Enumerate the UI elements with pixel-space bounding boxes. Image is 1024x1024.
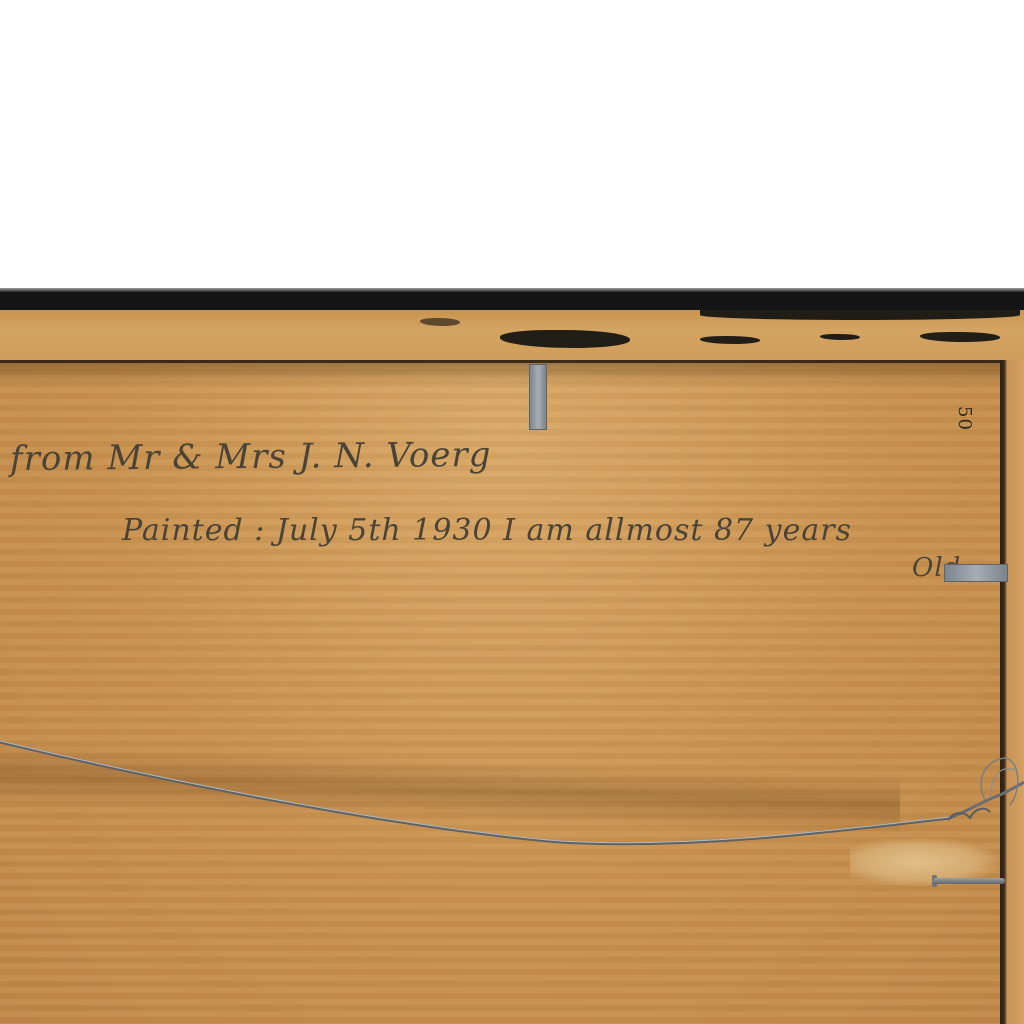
hanging-wire bbox=[0, 0, 1024, 1024]
